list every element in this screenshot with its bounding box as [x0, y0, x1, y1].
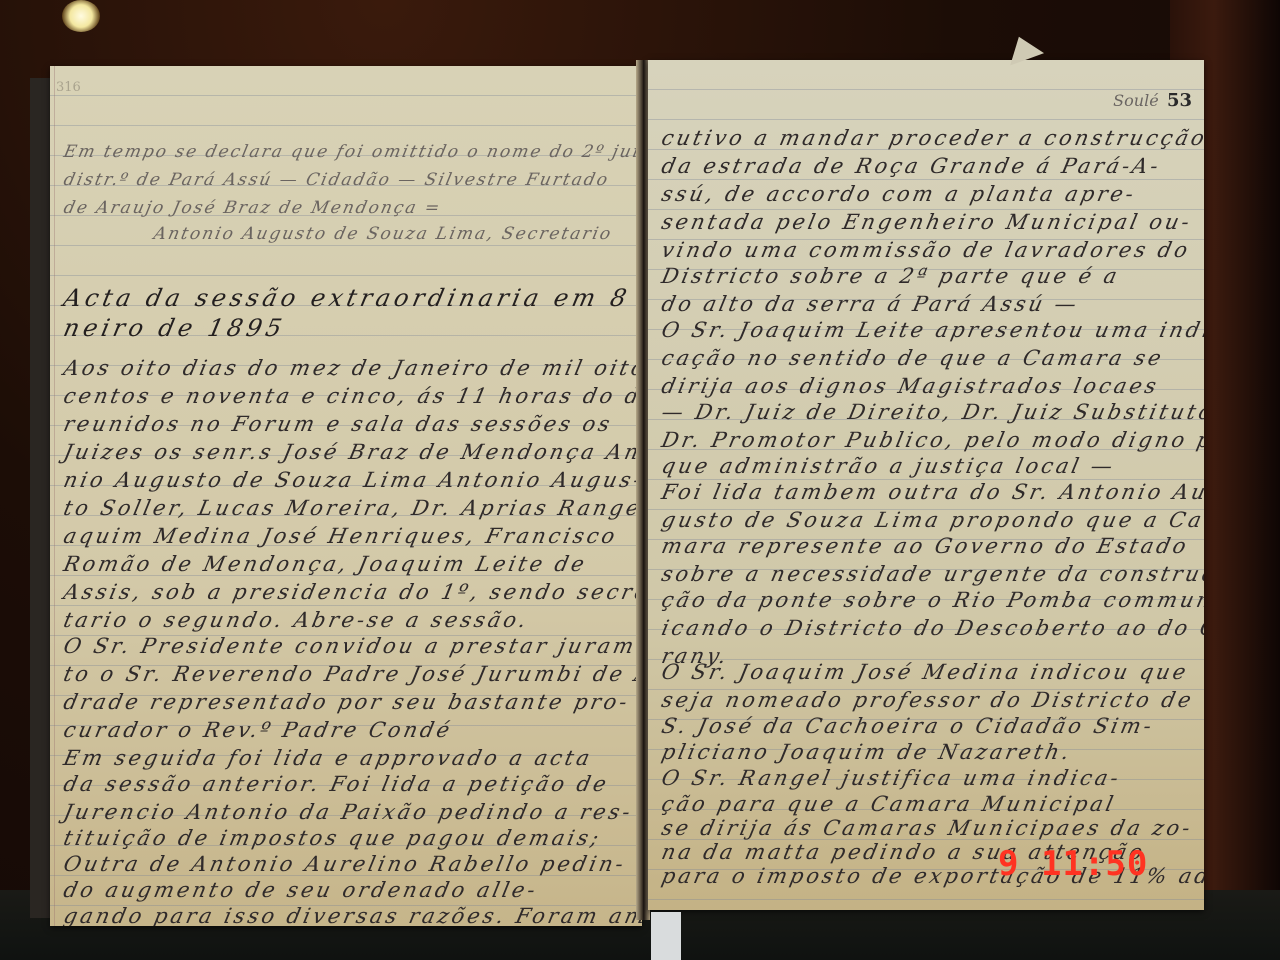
- text-line: sobre a necessidade urgente da construc-: [659, 562, 1196, 586]
- ceiling-light-glare: [62, 0, 100, 32]
- folio-page-number: 53: [1167, 90, 1192, 111]
- text-line: do augmento de seu ordenado alle-: [61, 878, 634, 902]
- text-line: Jurencio Antonio da Paixão pedindo a res…: [61, 800, 634, 824]
- text-line: — Dr. Juiz de Direito, Dr. Juiz Substitu…: [659, 400, 1196, 424]
- text-line: Districto sobre a 2ª parte que é a: [659, 264, 1196, 288]
- text-line: se dirija ás Camaras Municipaes da zo-: [659, 816, 1196, 840]
- text-line: cação no sentido de que a Camara se: [659, 346, 1196, 370]
- text-line: to o Sr. Reverendo Padre José Jurumbi de…: [61, 662, 634, 686]
- text-line: to Soller, Lucas Moreira, Dr. Aprias Ran…: [61, 496, 634, 520]
- text-line: ção para que a Camara Municipal: [659, 792, 1196, 816]
- text-line: ssú, de accordo com a planta apre-: [659, 182, 1196, 206]
- camera-timestamp: 9 11:50: [998, 844, 1148, 884]
- text-line: Em tempo se declara que foi omittido o n…: [62, 142, 634, 162]
- text-line: aquim Medina José Henriques, Francisco: [61, 524, 634, 548]
- faint-page-number: 316: [56, 80, 81, 95]
- text-line: drade representado por seu bastante pro-: [61, 690, 634, 714]
- text-line: Dr. Promotor Publico, pelo modo digno po…: [659, 428, 1196, 452]
- minutes-title-cont: neiro de 1895: [61, 314, 635, 342]
- text-line: do alto da serra á Pará Assú —: [659, 292, 1196, 316]
- text-line: sentada pelo Engenheiro Municipal ou-: [659, 210, 1196, 234]
- text-line: da estrada de Roça Grande á Pará-A-: [659, 154, 1196, 178]
- text-line: seja nomeado professor do Districto de: [659, 688, 1196, 712]
- folio-signature: Soulé: [1113, 91, 1158, 110]
- text-line: curador o Rev.º Padre Condé: [61, 718, 634, 742]
- text-line: cutivo a mandar proceder a construcção: [659, 126, 1196, 150]
- text-line: nio Augusto de Souza Lima Antonio Augus-: [61, 468, 634, 492]
- text-line: Outra de Antonio Aurelino Rabello pedin-: [61, 852, 634, 876]
- text-line: O Sr. Presidente convidou a prestar jura…: [61, 634, 634, 658]
- text-line: gusto de Souza Lima propondo que a Ca-: [659, 508, 1196, 532]
- text-line: tituição de impostos que pagou demais;: [61, 826, 634, 850]
- text-line: dirija aos dignos Magistrados locaes: [659, 374, 1196, 398]
- text-line: Juizes os senr.s José Braz de Mendonça A…: [61, 440, 634, 464]
- signature-line: Antonio Augusto de Souza Lima, Secretari…: [152, 224, 634, 244]
- folio-number: Soulé 53: [1113, 90, 1192, 111]
- text-line: Romão de Mendonça, Joaquim Leite de: [61, 552, 634, 576]
- text-line: centos e noventa e cinco, ás 11 horas do…: [61, 384, 634, 408]
- text-line: pliciano Joaquim de Nazareth.: [659, 740, 1196, 764]
- text-line: gando para isso diversas razões. Foram a…: [61, 904, 634, 926]
- text-line: O Sr. Rangel justifica uma indica-: [659, 766, 1196, 790]
- text-line: O Sr. Joaquim Leite apresentou uma indi-: [659, 318, 1196, 342]
- text-line: icando o Districto do Descoberto ao do G…: [659, 616, 1196, 640]
- minutes-title: Acta da sessão extraordinaria em 8 de Ja…: [61, 284, 635, 312]
- margin-line: [54, 66, 55, 926]
- text-line: tario o segundo. Abre-se a sessão.: [61, 608, 634, 632]
- text-line: S. José da Cachoeira o Cidadão Sim-: [659, 714, 1196, 738]
- text-line: que administrão a justiça local —: [659, 454, 1196, 478]
- text-line: vindo uma commissão de lavradores do: [659, 238, 1196, 262]
- text-line: distr.º de Pará Assú — Cidadão — Silvest…: [62, 170, 634, 190]
- text-line: mara represente ao Governo do Estado: [659, 534, 1196, 558]
- text-line: Aos oito dias do mez de Janeiro de mil o…: [61, 356, 634, 380]
- right-page: Soulé 53 cutivo a mandar proceder a cons…: [648, 60, 1204, 910]
- text-line: Foi lida tambem outra do Sr. Antonio Au-: [659, 480, 1196, 504]
- text-line: Em seguida foi lida e approvado a acta: [61, 746, 634, 770]
- text-line: O Sr. Joaquim José Medina indicou que: [659, 660, 1196, 684]
- text-line: reunidos no Forum e sala das sessões os: [61, 412, 634, 436]
- text-line: Assis, sob a presidencia do 1º, sendo se…: [61, 580, 634, 604]
- text-line: ção da ponte sobre o Rio Pomba commun-: [659, 588, 1196, 612]
- text-line: de Araujo José Braz de Mendonça =: [62, 198, 634, 218]
- text-line: da sessão anterior. Foi lida a petição d…: [61, 772, 634, 796]
- bookmark-tab: [651, 912, 681, 960]
- left-page: 316 Em tempo se declara que foi omittido…: [50, 66, 642, 926]
